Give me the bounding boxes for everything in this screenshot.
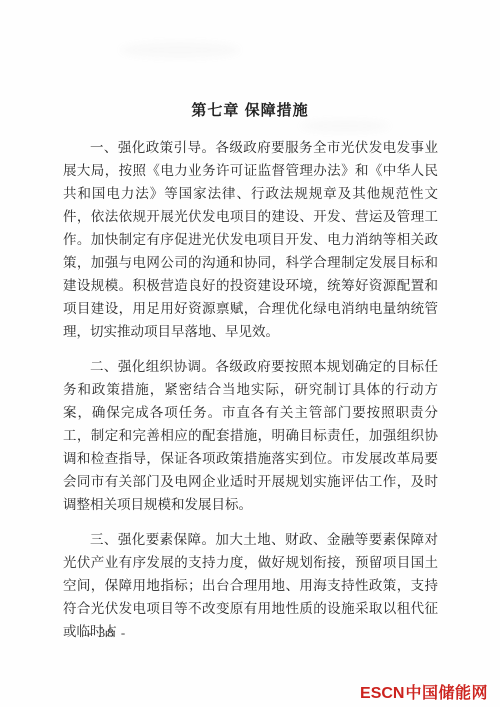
chapter-title: 第七章 保障措施 [0, 99, 500, 120]
document-body: 一、强化政策引导。各级政府要服务全市光伏发电发事业展大局，按照《电力业务许可证监… [63, 136, 438, 655]
paragraph-policy-guidance: 一、强化政策引导。各级政府要服务全市光伏发电发事业展大局，按照《电力业务许可证监… [63, 136, 438, 343]
site-logo: ESCN中国储能网 [360, 680, 488, 703]
document-page: 第七章 保障措施 一、强化政策引导。各级政府要服务全市光伏发电发事业展大局，按照… [0, 0, 500, 707]
scan-artifact [300, 120, 390, 132]
logo-cjk-text: 中国储能网 [405, 685, 488, 702]
logo-latin-text: ESCN [360, 685, 405, 702]
page-number: - 38 - [87, 625, 127, 641]
scan-artifact [120, 42, 240, 58]
paragraph-organization-coordination: 二、强化组织协调。各级政府要按照本规划确定的目标任务和政策措施，紧密结合当地实际… [63, 355, 438, 516]
